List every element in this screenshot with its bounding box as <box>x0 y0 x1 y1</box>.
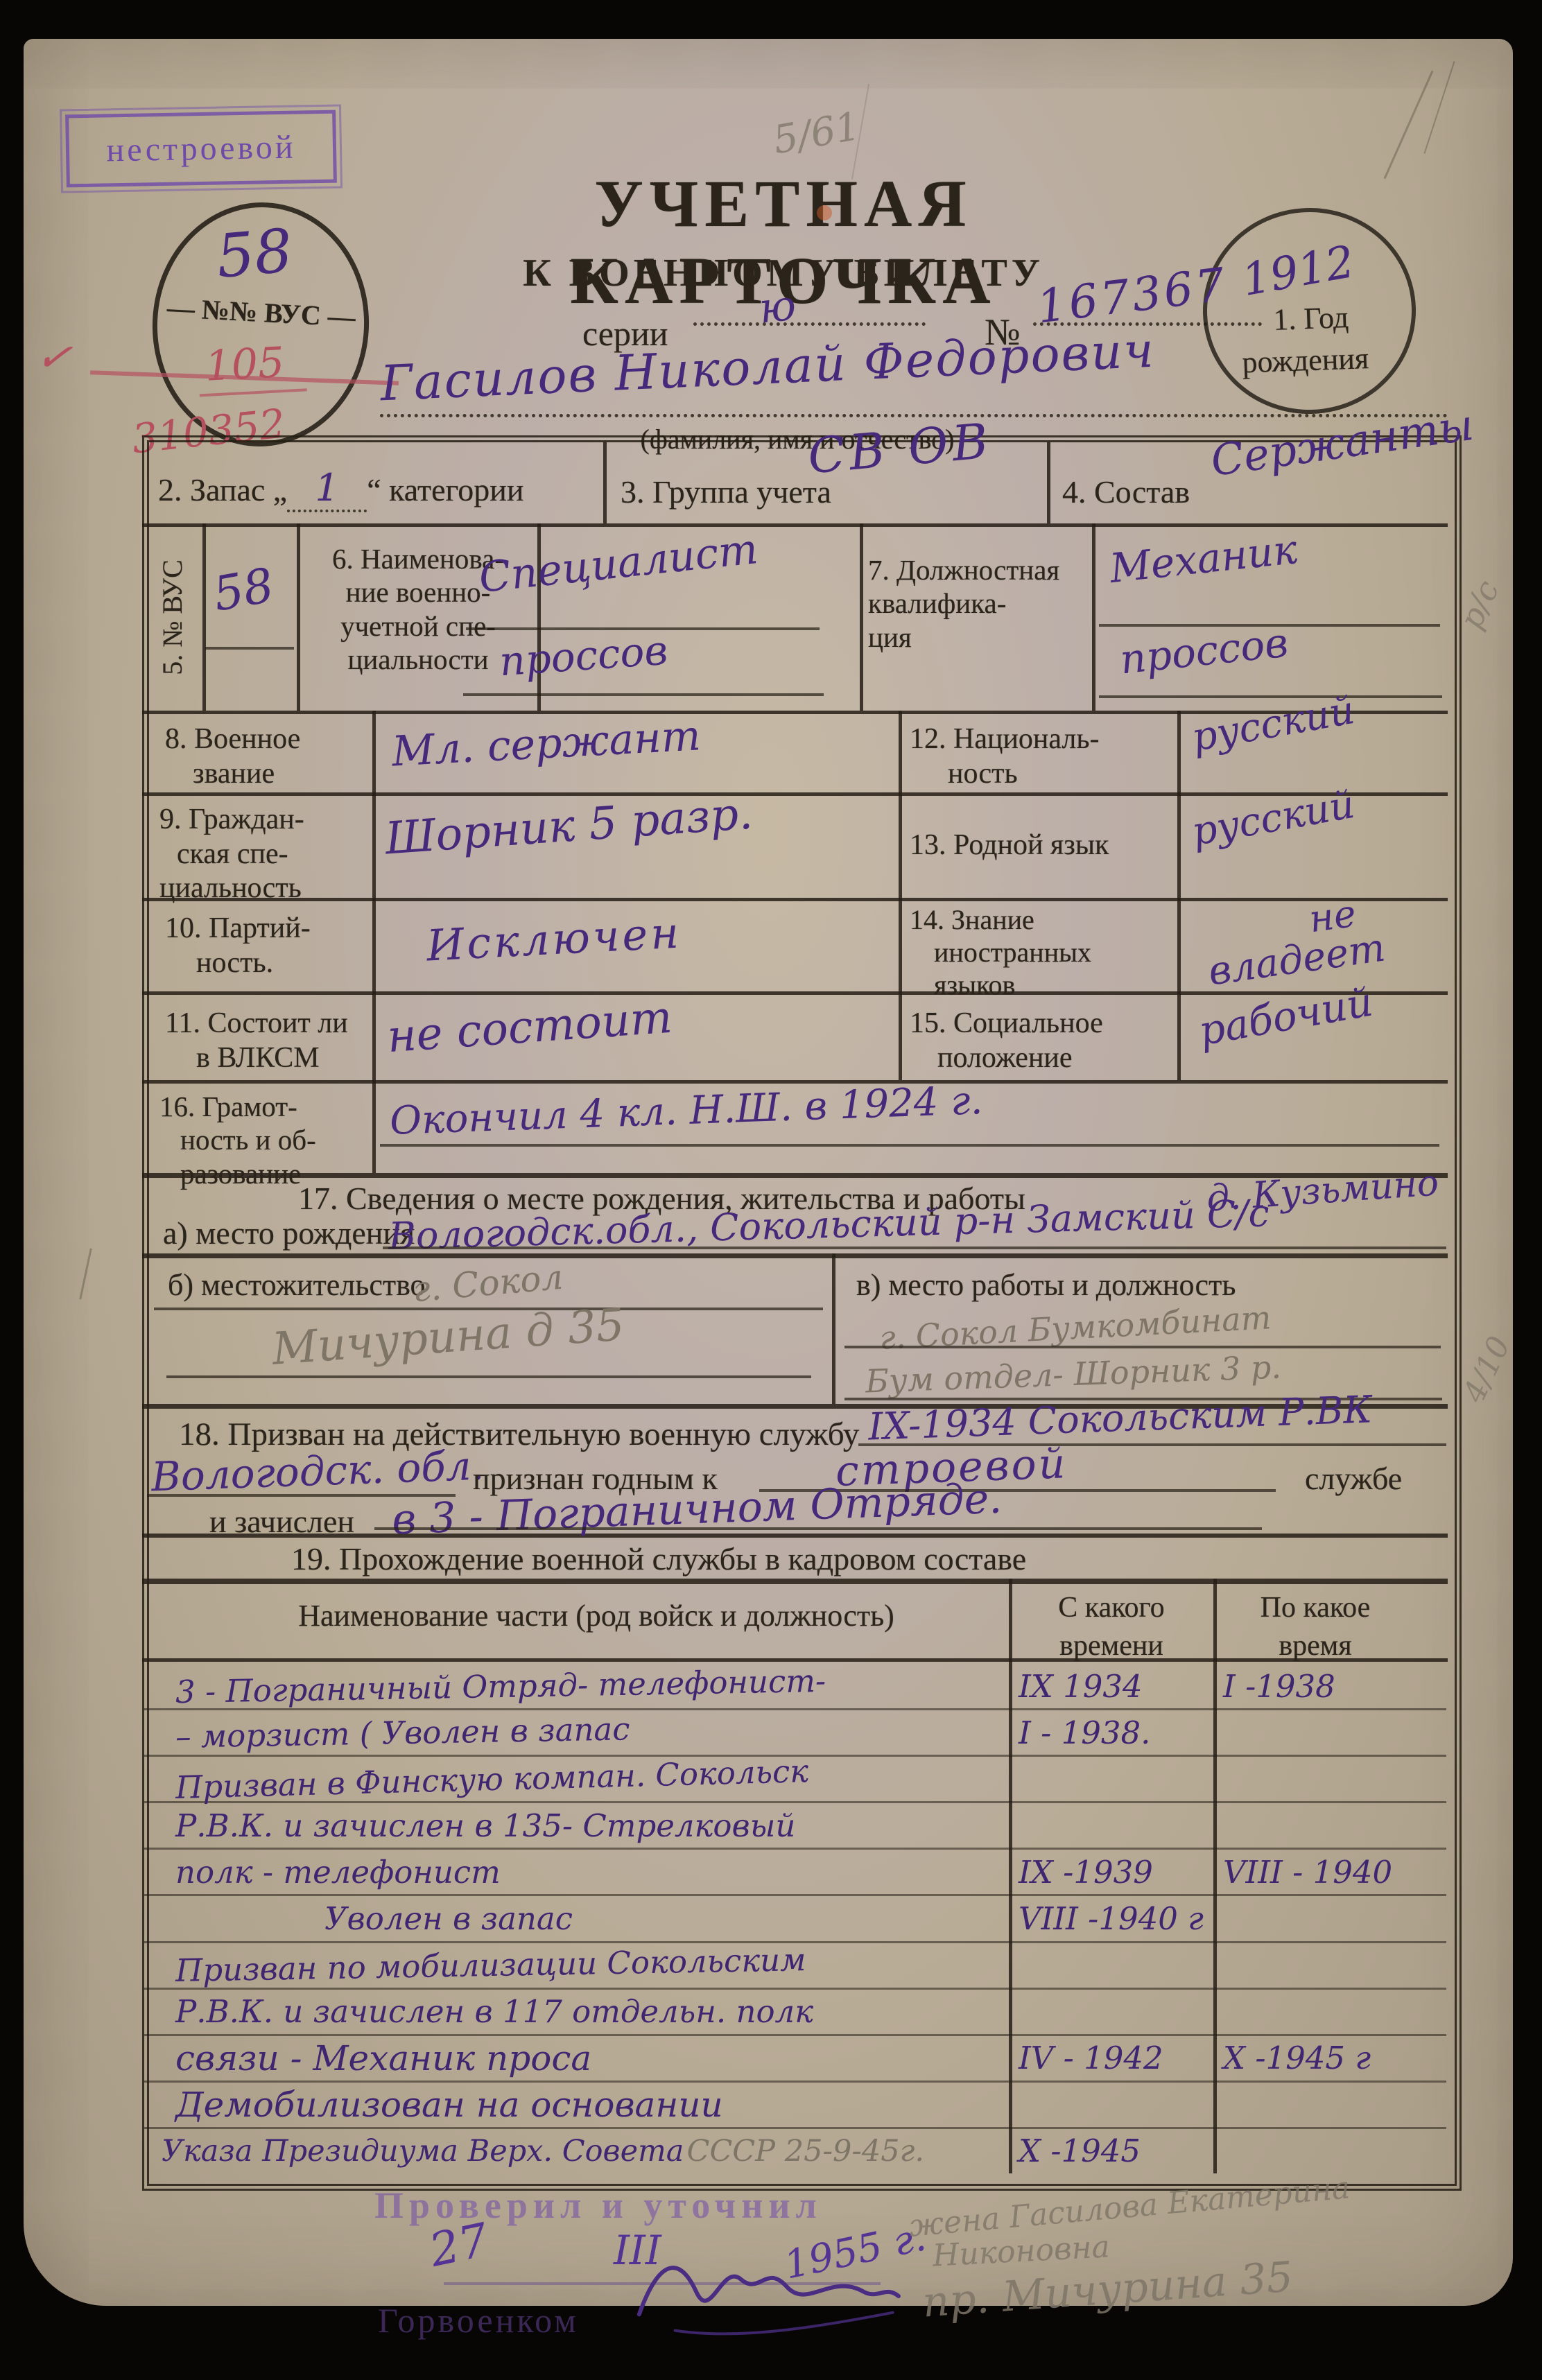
label-line: 14. Знание <box>910 904 1034 935</box>
service-row: Призван в Финскую компан. Сокольск <box>144 1757 1446 1803</box>
vus-number-value: 58 <box>209 558 278 623</box>
service-unit: Указа Президиума Верх. Совета <box>162 2134 684 2169</box>
rule <box>1047 442 1050 523</box>
label-line: циальности <box>347 643 488 675</box>
service-row: Уволен в запас VIII -1940 г <box>144 1896 1446 1943</box>
rule <box>860 523 863 711</box>
rule <box>142 1579 1448 1584</box>
series-value-handwritten: ю <box>756 281 798 333</box>
rule <box>205 647 294 650</box>
service-unit: Призван по мобилизации Сокольским <box>175 1941 806 1989</box>
label-line: 16. Грамот- <box>159 1091 297 1122</box>
section18-label-3: службе <box>1305 1460 1402 1497</box>
ink-smudge <box>817 205 832 220</box>
field-vus-number-label: 5. № ВУС <box>142 525 202 709</box>
vus-number-handwritten: 58 <box>214 216 295 292</box>
field-position-qualification-label: 7. Должностная квалифика- ция <box>868 553 1090 654</box>
field-vlksm-label: 11. Состоит ли в ВЛКСМ <box>165 1007 348 1075</box>
rule <box>297 523 300 711</box>
service-unit: Р.В.К. и зачислен в 135- Стрелковый <box>175 1807 795 1844</box>
field-literacy-label: 16. Грамот- ность и об- разование <box>159 1090 316 1190</box>
service-unit: – морзист ( Уволен в запас <box>175 1710 630 1755</box>
service-from: IV - 1942 <box>1019 2040 1163 2076</box>
rule <box>383 1247 1446 1249</box>
service-from: IX -1939 <box>1019 1854 1153 1891</box>
service-from: I - 1938. <box>1019 1714 1150 1751</box>
label-line: ция <box>868 621 912 653</box>
service-row: полк - телефонист IX -1939 VIII - 1940 <box>144 1850 1446 1896</box>
label-line: 11. Состоит ли <box>165 1007 348 1039</box>
service-unit-pencil: СССР 25-9-45г. <box>686 2134 924 2169</box>
label-line: 8. Военное <box>165 723 300 755</box>
label-line: ность и об- <box>159 1124 316 1156</box>
service-col-from-header: С какого времени <box>1014 1589 1209 1665</box>
noncombatant-stamp: нестроевой <box>65 110 337 188</box>
rule <box>142 1253 1448 1258</box>
service-unit: Уволен в запас <box>324 1900 573 1937</box>
rule <box>142 1080 1448 1084</box>
label-line: разование <box>159 1158 301 1190</box>
rule <box>844 1346 1441 1348</box>
field-civil-specialty-label: 9. Граждан- ская спе- циальность <box>159 803 304 906</box>
rule <box>142 523 1448 527</box>
service-row: – морзист ( Уволен в запас I - 1938. <box>144 1710 1446 1757</box>
service-unit: полк - телефонист <box>175 1854 501 1891</box>
rule <box>463 693 824 696</box>
service-row: Р.В.К. и зачислен в 135- Стрелковый <box>144 1803 1446 1850</box>
label-line: ние военно- <box>346 576 491 608</box>
service-row: 3 - Пограничный Отряд- телефонист- IX 19… <box>144 1664 1446 1710</box>
field-social-position-label: 15. Социальное положение <box>910 1007 1103 1075</box>
birthplace-label: а) место рождения <box>163 1215 415 1251</box>
label-line: положение <box>910 1042 1073 1074</box>
verified-stamp-label: Проверил и уточнил <box>374 2184 822 2226</box>
label-line: квалифика- <box>868 587 1006 619</box>
service-unit: 3 - Пограничный Отряд- телефонист- <box>175 1662 826 1710</box>
label-line: учетной спе- <box>340 610 496 642</box>
label-line: языков <box>910 969 1015 1000</box>
service-from: IX 1934 <box>1019 1668 1143 1705</box>
noncombatant-stamp-label: нестроевой <box>106 128 296 170</box>
label-line: циальность <box>159 872 302 904</box>
label-line: иностранных <box>910 937 1091 968</box>
section19-title: 19. Прохождение военной службы в кадрово… <box>291 1540 1026 1577</box>
service-unit: Демобилизован на основании <box>175 2085 723 2125</box>
section18-label-1: 18. Призван на действительную военную сл… <box>179 1416 859 1453</box>
workplace-label: в) место работы и должность <box>856 1267 1236 1303</box>
field-foreign-languages-label: 14. Знание иностранных языков <box>910 903 1091 1002</box>
label-line: звание <box>165 758 275 790</box>
rule <box>1099 695 1442 698</box>
label-line: 10. Партий- <box>165 912 311 944</box>
label-line: 7. Должностная <box>868 554 1059 586</box>
rule <box>374 1527 1262 1530</box>
rule <box>899 711 902 1080</box>
rule <box>142 991 1448 995</box>
label-line: времени <box>1059 1630 1163 1662</box>
service-col-to-header: По какое время <box>1218 1589 1412 1665</box>
series-dotted-line <box>693 322 926 326</box>
fullname-dotted-line <box>380 414 1448 417</box>
service-row: Призван по мобилизации Сокольским <box>144 1943 1446 1990</box>
label-line: ность. <box>165 947 273 979</box>
commissar-label: Горвоенком <box>378 2300 579 2340</box>
service-unit: Призван в Финскую компан. Сокольск <box>175 1753 808 1806</box>
field-nationality-label: 12. Националь- ность <box>910 722 1100 791</box>
rule <box>142 898 1448 901</box>
field-native-language-label: 13. Родной язык <box>910 828 1109 862</box>
vus-red-number: 105 <box>197 337 306 397</box>
commissar-label-text: Горвоенком <box>378 2301 579 2340</box>
label-line: ская спе- <box>159 838 288 870</box>
service-to: X -1945 г <box>1223 2040 1371 2076</box>
rule <box>372 711 376 1173</box>
rule <box>142 792 1448 796</box>
residence-label: б) местожительство <box>168 1267 426 1303</box>
signature <box>627 2230 911 2353</box>
verified-stamp: Проверил и уточнил <box>374 2184 822 2227</box>
field-reserve-category: 2. Запас „1“ категории <box>158 466 524 512</box>
reserve-label-suffix: “ категории <box>367 472 523 507</box>
rule <box>380 1144 1439 1147</box>
registration-card-scan: нестроевой 5/61 58 — №№ ВУС — 105 310352… <box>0 0 1542 2380</box>
service-row: Демобилизован на основании <box>144 2083 1446 2129</box>
service-unit: Р.В.К. и зачислен в 117 отдельн. полк <box>175 1993 813 2030</box>
label-line: По какое <box>1261 1592 1371 1624</box>
birth-year-handwritten: 1912 <box>1238 236 1358 306</box>
vus-stamp-label: — №№ ВУС — <box>157 290 365 334</box>
label-line: ность <box>910 758 1018 790</box>
label-line: время <box>1279 1630 1351 1662</box>
label-line: С какого <box>1058 1592 1164 1624</box>
label-line: 9. Граждан- <box>159 804 304 835</box>
service-from: VIII -1940 г <box>1019 1900 1204 1937</box>
rule <box>202 523 206 711</box>
rule <box>166 1375 811 1378</box>
service-col-name-header: Наименование части (род войск и должност… <box>229 1598 964 1633</box>
reserve-category-value: 1 <box>315 466 339 510</box>
service-row: Указа Президиума Верх. Совета СССР 25-9-… <box>144 2129 1446 2173</box>
field-military-rank-label: 8. Военное звание <box>165 722 300 791</box>
field-composition-label: 4. Состав <box>1062 474 1190 510</box>
label-line: в ВЛКСМ <box>165 1042 320 1074</box>
service-unit: связи - Механик проса <box>175 2038 591 2078</box>
service-row: связи - Механик проса IV - 1942 X -1945 … <box>144 2036 1446 2083</box>
rule <box>832 1253 835 1404</box>
red-check-mark: ✓ <box>33 329 76 385</box>
service-table: 3 - Пограничный Отряд- телефонист- IX 19… <box>144 1664 1446 2173</box>
label-line: 12. Националь- <box>910 723 1100 755</box>
label-line: 15. Социальное <box>910 1007 1103 1039</box>
section18-label-4: и зачислен <box>209 1503 354 1540</box>
birth-stamp-caption-2: рождения <box>1242 340 1369 380</box>
vus-vertical-label: 5. № ВУС <box>156 559 189 675</box>
rule <box>1092 523 1095 711</box>
field-account-group-label: 3. Группа учета <box>621 474 831 510</box>
service-row: Р.В.К. и зачислен в 117 отдельн. полк <box>144 1990 1446 2036</box>
field-party-label: 10. Партий- ность. <box>165 912 311 980</box>
service-to: I -1938 <box>1223 1668 1335 1705</box>
rule <box>1177 711 1181 1080</box>
birth-stamp-caption-1: 1. Год <box>1273 299 1349 338</box>
service-to: VIII - 1940 <box>1223 1854 1392 1891</box>
rule <box>603 442 607 523</box>
service-from: X -1945 <box>1019 2133 1141 2169</box>
reserve-label-prefix: 2. Запас „ <box>158 472 287 507</box>
